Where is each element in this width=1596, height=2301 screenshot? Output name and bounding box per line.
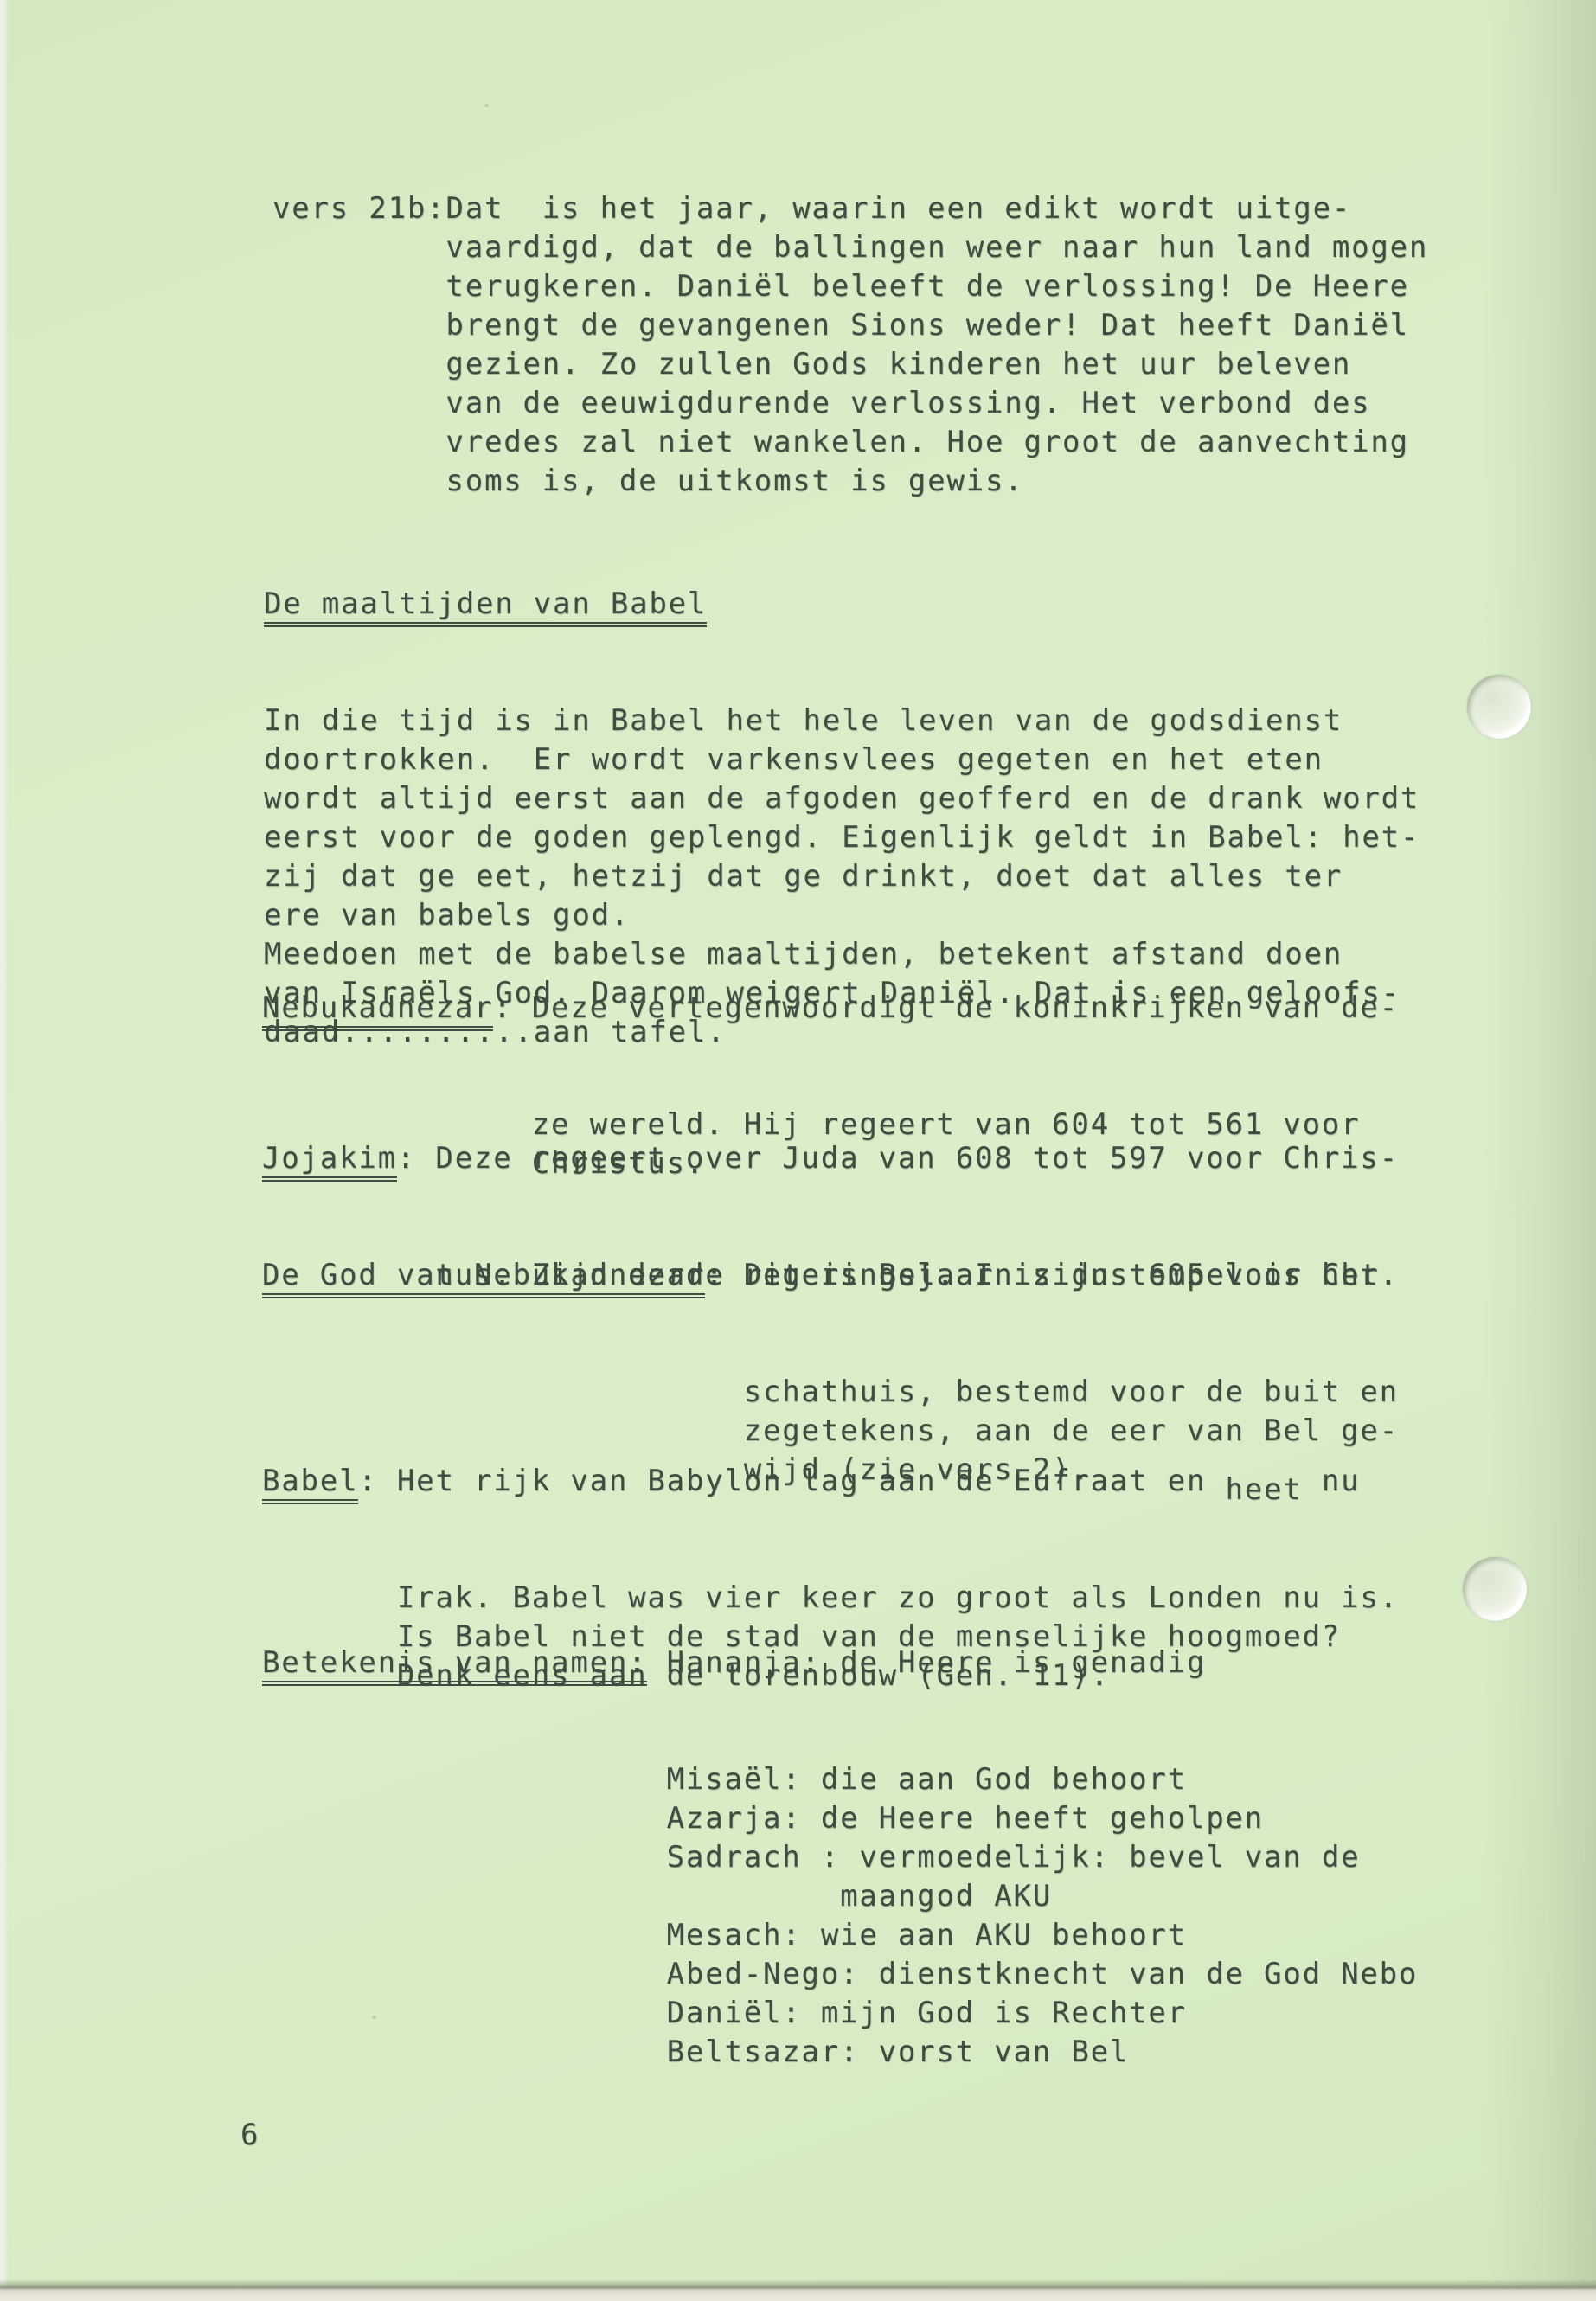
definition-term-jojakim: Jojakim [262,1141,397,1182]
definition-text: : Deze regeert over Juda van 608 tot 597… [397,1141,1399,1176]
definition-text: Hananja: de Heere is genadig [647,1645,1206,1680]
definition-text: nu [1303,1464,1361,1498]
definition-text: : Dit is Bel. In zijn tempel is het [705,1258,1379,1292]
definition-line: Babel: Het rijk van Babylon lag aan de E… [262,1462,1399,1501]
definition-line: Jojakim: Deze regeert over Juda van 608 … [262,1139,1399,1178]
definition-line: Betekenis van namen: Hananja: de Heere i… [262,1644,1418,1682]
page-bottom-edge [0,2280,1596,2301]
definition-term-nebukadnezar: Nebukadnezar [262,990,493,1031]
definition-term-babel: Babel [262,1464,358,1504]
page-left-edge [0,0,8,2301]
definition-text: : Het rijk van Babylon lag aan de Eufraa… [358,1464,1225,1498]
page-right-shadow [1484,0,1596,2301]
definition-line: Nebukadnezar: Deze vertegenwoordigt de k… [262,989,1399,1028]
definition-line: De God van Nebukadnezar: Dit is Bel. In … [262,1256,1399,1295]
punch-hole-bottom [1463,1557,1527,1621]
scanned-page: vers 21b:Dat is het jaar, waarin een edi… [0,0,1596,2301]
definition-term-betekenis: Betekenis van namen: [262,1645,647,1686]
paper-speck [484,104,489,107]
definition-continuation: Misaël: die aan God behoort Azarja: de H… [262,1760,1418,2072]
punch-hole-top [1467,675,1531,739]
section-maaltijden-heading: De maaltijden van Babel [264,585,1420,624]
typo-lowered-word: heet [1226,1472,1303,1507]
definition-text: : Deze vertegenwoordigt de koninkrijken … [493,990,1399,1025]
section-heading-underlined: De maaltijden van Babel [264,586,707,627]
definition-betekenis-van-namen: Betekenis van namen: Hananja: de Heere i… [262,1566,1418,2150]
page-number: 6 [240,2116,260,2155]
paragraph-vers-21b: vers 21b:Dat is het jaar, waarin een edi… [272,189,1428,501]
definition-term-god-van-nebukadnezar: De God van Nebukadnezar [262,1258,705,1298]
